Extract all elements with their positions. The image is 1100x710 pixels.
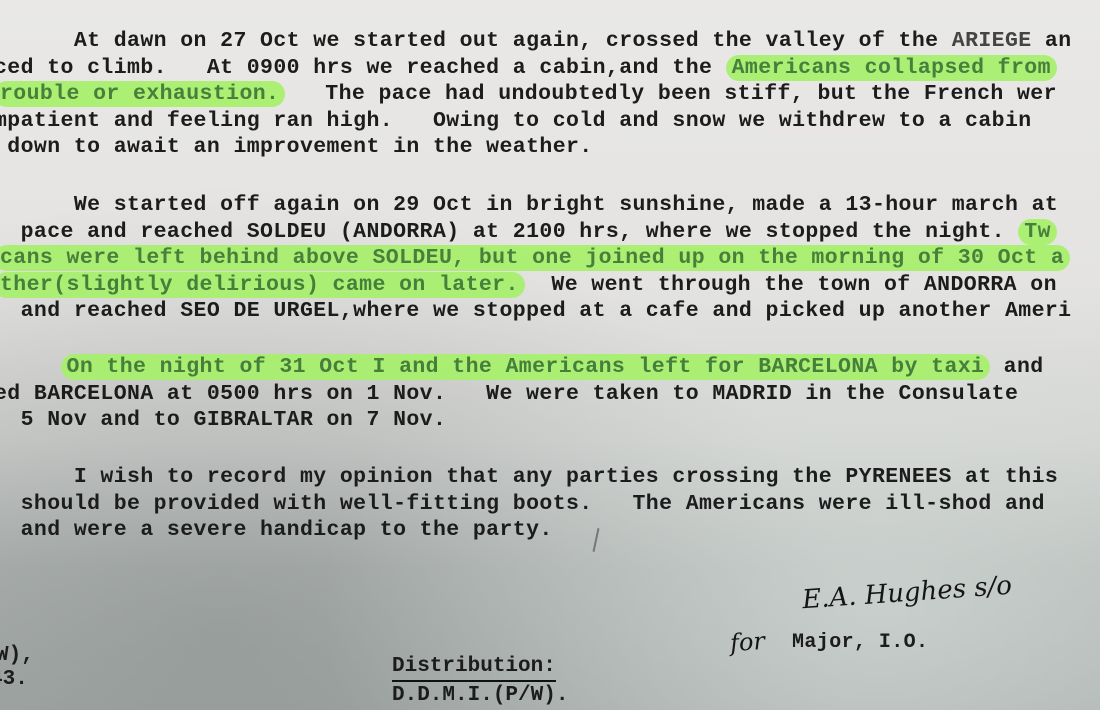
report-line: ced to climb. At 0900 hrs we reached a c… [0,55,1057,81]
report-line: pace and reached SOLDEU (ANDORRA) at 210… [0,219,1057,245]
report-line: 5 Nov and to GIBRALTAR on 7 Nov. [0,407,446,433]
report-line: and were a severe handicap to the party. [0,517,553,543]
highlighted-text: On the night of 31 Oct I and the America… [61,354,991,380]
highlighted-text: Americans collapsed from [726,55,1057,81]
report-line: cans were left behind above SOLDEU, but … [0,245,1070,271]
report-line: mpatient and feeling ran high. Owing to … [0,108,1032,134]
report-line: down to await an improvement in the weat… [0,134,593,160]
pencil-mark [593,528,600,552]
report-line: and reached SEO DE URGEL,where we stoppe… [0,298,1071,324]
report-line: should be provided with well-fitting boo… [0,491,1045,517]
report-line: At dawn on 27 Oct we started out again, … [0,28,1072,54]
report-line: rouble or exhaustion. The pace had undou… [0,81,1057,107]
distribution-heading: Distribution: [392,655,556,682]
handwritten-signature: E.A. Hughes s/o [801,571,1013,616]
report-line: ther(slightly delirious) came on later. … [0,272,1057,298]
margin-fragment-2: 43. [0,668,28,692]
report-line: I wish to record my opinion that any par… [0,464,1058,490]
highlighted-text: ther(slightly delirious) came on later. [0,272,525,298]
handwritten-for: for [729,627,766,657]
report-line: On the night of 31 Oct I and the America… [0,354,1044,380]
highlighted-text: Tw [1018,219,1057,245]
place-name: ARIEGE [952,29,1032,53]
report-line: We started off again on 29 Oct in bright… [0,192,1058,218]
margin-fragment-1: W), [0,644,34,668]
highlighted-text: rouble or exhaustion. [0,81,285,107]
distribution-list: D.D.M.I.(P/W). [392,684,568,708]
highlighted-text: cans were left behind above SOLDEU, but … [0,245,1070,271]
report-line: ed BARCELONA at 0500 hrs on 1 Nov. We we… [0,381,1018,407]
signatory-title: Major, I.O. [792,630,928,656]
